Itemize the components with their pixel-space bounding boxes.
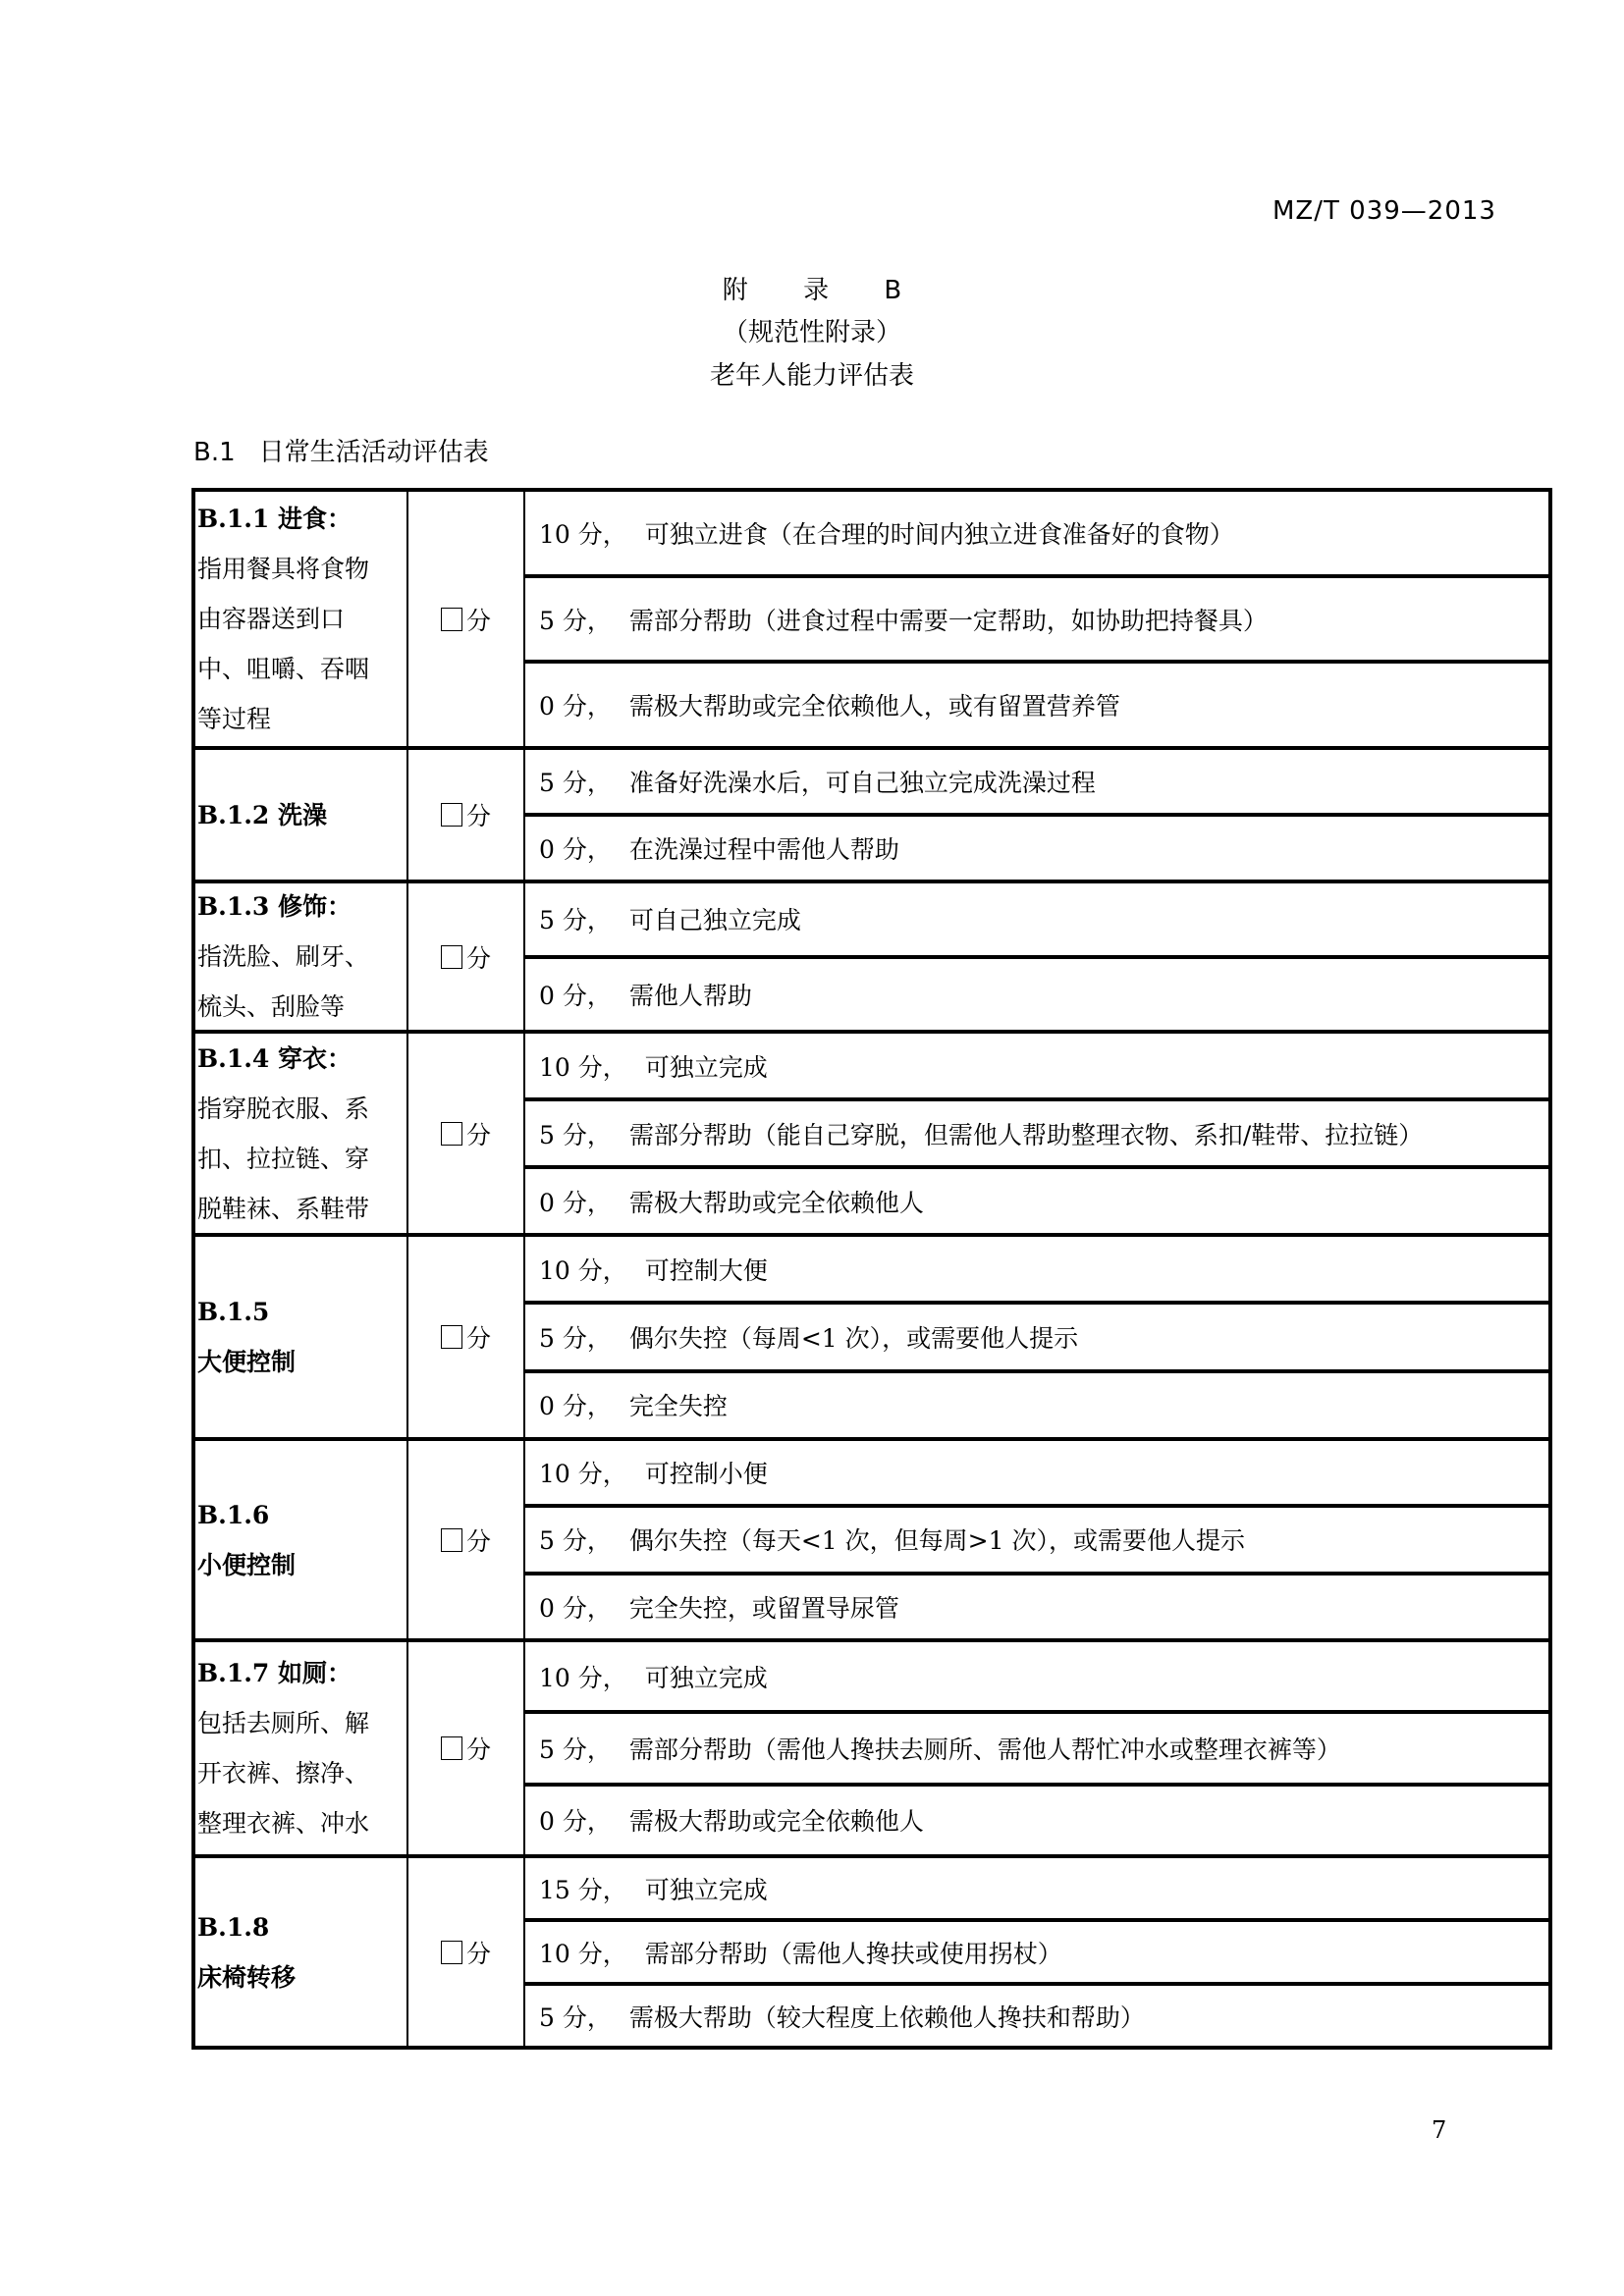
option-points: 5 分， xyxy=(539,602,612,637)
score-checkbox-icon[interactable] xyxy=(441,1325,462,1349)
item-description-line: 包括去厕所、解 xyxy=(197,1698,406,1748)
item-description-line: 小便控制 xyxy=(197,1540,406,1590)
score-option: 5 分，需部分帮助（能自己穿脱，但需他人帮助整理衣物、系扣/鞋带、拉拉链） xyxy=(525,1097,1548,1165)
standard-code: MZ/T 039—2013 xyxy=(1272,196,1496,226)
table-row-group: B.1.4 穿衣：指穿脱衣服、系扣、拉拉链、穿脱鞋袜、系鞋带分10 分，可独立完… xyxy=(195,1030,1548,1233)
score-option: 10 分，需部分帮助（需他人搀扶或使用拐杖） xyxy=(525,1918,1548,1982)
item-code: B.1.5 xyxy=(197,1287,406,1337)
score-checkbox-icon[interactable] xyxy=(441,803,462,827)
score-option: 5 分，准备好洗澡水后，可自己独立完成洗澡过程 xyxy=(525,750,1548,813)
item-description-line: 指穿脱衣服、系 xyxy=(197,1084,406,1134)
option-text: 可控制小便 xyxy=(645,1455,768,1490)
section-heading: B.1日常生活活动评估表 xyxy=(193,432,489,468)
option-text: 在洗澡过程中需他人帮助 xyxy=(629,830,899,866)
score-option: 0 分，在洗澡过程中需他人帮助 xyxy=(525,813,1548,880)
option-points: 5 分， xyxy=(539,1116,612,1151)
item-description-line: 梳头、刮脸等 xyxy=(197,982,406,1032)
item-code: B.1.6 xyxy=(197,1490,406,1540)
item-cell: B.1.1 进食：指用餐具将食物由容器送到口中、咀嚼、吞咽等过程 xyxy=(195,492,408,746)
options-cell: 10 分，可独立完成5 分，需部分帮助（能自己穿脱，但需他人帮助整理衣物、系扣/… xyxy=(525,1034,1548,1233)
item-code: B.1.4 穿衣： xyxy=(197,1034,406,1084)
option-text: 可独立进食（在合理的时间内独立进食准备好的食物） xyxy=(645,515,1234,551)
score-input-cell[interactable]: 分 xyxy=(408,1642,525,1854)
item-cell: B.1.5大便控制 xyxy=(195,1237,408,1437)
option-points: 0 分， xyxy=(539,1387,612,1422)
option-text: 完全失控 xyxy=(629,1387,728,1422)
option-text: 需部分帮助（进食过程中需要一定帮助，如协助把持餐具） xyxy=(629,602,1268,637)
option-points: 0 分， xyxy=(539,830,612,866)
option-points: 10 分， xyxy=(539,1455,627,1490)
score-unit: 分 xyxy=(466,1731,491,1766)
score-unit: 分 xyxy=(466,1116,491,1151)
options-cell: 10 分，可独立进食（在合理的时间内独立进食准备好的食物）5 分，需部分帮助（进… xyxy=(525,492,1548,746)
item-description-line: 大便控制 xyxy=(197,1337,406,1387)
table-row-group: B.1.5大便控制分10 分，可控制大便5 分，偶尔失控（每周<1 次），或需要… xyxy=(195,1233,1548,1437)
score-unit: 分 xyxy=(466,939,491,975)
score-option: 5 分，可自己独立完成 xyxy=(525,883,1548,955)
option-text: 需极大帮助或完全依赖他人 xyxy=(629,1184,924,1219)
options-cell: 10 分，可独立完成5 分，需部分帮助（需他人搀扶去厕所、需他人帮忙冲水或整理衣… xyxy=(525,1642,1548,1854)
score-option: 15 分，可独立完成 xyxy=(525,1858,1548,1918)
score-option: 0 分，需极大帮助或完全依赖他人 xyxy=(525,1165,1548,1233)
item-cell: B.1.8床椅转移 xyxy=(195,1858,408,2046)
option-points: 5 分， xyxy=(539,1731,612,1766)
options-cell: 5 分，可自己独立完成0 分，需他人帮助 xyxy=(525,883,1548,1030)
options-cell: 10 分，可控制小便5 分，偶尔失控（每天<1 次，但每周>1 次），或需要他人… xyxy=(525,1441,1548,1638)
table-row-group: B.1.7 如厕：包括去厕所、解开衣裤、擦净、整理衣裤、冲水分10 分，可独立完… xyxy=(195,1638,1548,1854)
score-option: 0 分，需极大帮助或完全依赖他人，或有留置营养管 xyxy=(525,660,1548,746)
score-checkbox-icon[interactable] xyxy=(441,1941,462,1964)
score-option: 10 分，可独立完成 xyxy=(525,1034,1548,1097)
item-cell: B.1.6小便控制 xyxy=(195,1441,408,1638)
option-points: 0 分， xyxy=(539,687,612,722)
option-text: 偶尔失控（每天<1 次，但每周>1 次），或需要他人提示 xyxy=(629,1522,1245,1557)
page-number: 7 xyxy=(1432,2116,1446,2144)
score-option: 0 分，需他人帮助 xyxy=(525,955,1548,1031)
score-checkbox-icon[interactable] xyxy=(441,608,462,631)
option-points: 10 分， xyxy=(539,1048,627,1084)
score-unit: 分 xyxy=(466,1935,491,1970)
score-option: 0 分，需极大帮助或完全依赖他人 xyxy=(525,1783,1548,1854)
table-row-group: B.1.1 进食：指用餐具将食物由容器送到口中、咀嚼、吞咽等过程分10 分，可独… xyxy=(195,492,1548,746)
option-points: 0 分， xyxy=(539,1184,612,1219)
option-points: 5 分， xyxy=(539,764,612,799)
score-unit: 分 xyxy=(466,797,491,832)
option-text: 需极大帮助或完全依赖他人 xyxy=(629,1802,924,1838)
score-option: 10 分，可控制大便 xyxy=(525,1237,1548,1301)
score-input-cell[interactable]: 分 xyxy=(408,1034,525,1233)
score-unit: 分 xyxy=(466,1522,491,1558)
option-text: 需极大帮助（较大程度上依赖他人搀扶和帮助） xyxy=(629,1999,1145,2034)
annex-name: 老年人能力评估表 xyxy=(0,355,1624,392)
option-points: 0 分， xyxy=(539,1589,612,1625)
option-text: 偶尔失控（每周<1 次），或需要他人提示 xyxy=(629,1319,1078,1355)
score-unit: 分 xyxy=(466,602,491,637)
score-option: 5 分，需极大帮助（较大程度上依赖他人搀扶和帮助） xyxy=(525,1982,1548,2046)
annex-title-part: 录 xyxy=(803,276,829,305)
score-input-cell[interactable]: 分 xyxy=(408,1237,525,1437)
annex-type: （规范性附录） xyxy=(0,312,1624,348)
option-points: 5 分， xyxy=(539,901,612,936)
item-cell: B.1.4 穿衣：指穿脱衣服、系扣、拉拉链、穿脱鞋袜、系鞋带 xyxy=(195,1034,408,1233)
annex-title: 附 录 B xyxy=(0,270,1624,306)
score-option: 10 分，可控制小便 xyxy=(525,1441,1548,1504)
score-option: 0 分，完全失控 xyxy=(525,1369,1548,1437)
item-description-line: 由容器送到口 xyxy=(197,594,406,644)
item-description-line: 指洗脸、刷牙、 xyxy=(197,932,406,982)
score-input-cell[interactable]: 分 xyxy=(408,1441,525,1638)
option-points: 5 分， xyxy=(539,1319,612,1355)
score-input-cell[interactable]: 分 xyxy=(408,883,525,1030)
score-option: 10 分，可独立进食（在合理的时间内独立进食准备好的食物） xyxy=(525,492,1548,574)
annex-title-part: B xyxy=(884,276,901,305)
table-row-group: B.1.6小便控制分10 分，可控制小便5 分，偶尔失控（每天<1 次，但每周>… xyxy=(195,1437,1548,1638)
score-option: 0 分，完全失控，或留置导尿管 xyxy=(525,1572,1548,1638)
score-unit: 分 xyxy=(466,1319,491,1355)
item-description-line: 开衣裤、擦净、 xyxy=(197,1748,406,1798)
score-input-cell[interactable]: 分 xyxy=(408,750,525,880)
options-cell: 15 分，可独立完成10 分，需部分帮助（需他人搀扶或使用拐杖）5 分，需极大帮… xyxy=(525,1858,1548,2046)
score-option: 5 分，偶尔失控（每天<1 次，但每周>1 次），或需要他人提示 xyxy=(525,1504,1548,1571)
option-text: 可独立完成 xyxy=(645,1048,768,1084)
item-description-line: 等过程 xyxy=(197,694,406,744)
item-description-line: 整理衣裤、冲水 xyxy=(197,1798,406,1848)
item-code: B.1.8 xyxy=(197,1902,406,1952)
item-cell: B.1.7 如厕：包括去厕所、解开衣裤、擦净、整理衣裤、冲水 xyxy=(195,1642,408,1854)
item-description-line: 指用餐具将食物 xyxy=(197,544,406,594)
option-points: 10 分， xyxy=(539,1935,627,1970)
score-input-cell[interactable]: 分 xyxy=(408,492,525,746)
item-code: B.1.2 洗澡 xyxy=(197,790,406,840)
section-title: 日常生活活动评估表 xyxy=(259,438,489,467)
score-option: 5 分，需部分帮助（需他人搀扶去厕所、需他人帮忙冲水或整理衣裤等） xyxy=(525,1710,1548,1782)
score-option: 5 分，需部分帮助（进食过程中需要一定帮助，如协助把持餐具） xyxy=(525,574,1548,661)
option-points: 10 分， xyxy=(539,515,627,551)
table-row-group: B.1.2 洗澡分5 分，准备好洗澡水后，可自己独立完成洗澡过程0 分，在洗澡过… xyxy=(195,746,1548,880)
score-checkbox-icon[interactable] xyxy=(441,1122,462,1146)
section-number: B.1 xyxy=(193,438,236,467)
item-code: B.1.1 进食： xyxy=(197,494,406,544)
item-cell: B.1.3 修饰：指洗脸、刷牙、梳头、刮脸等 xyxy=(195,883,408,1030)
option-text: 需部分帮助（需他人搀扶去厕所、需他人帮忙冲水或整理衣裤等） xyxy=(629,1731,1341,1766)
item-cell: B.1.2 洗澡 xyxy=(195,750,408,880)
score-input-cell[interactable]: 分 xyxy=(408,1858,525,2046)
table-row-group: B.1.8床椅转移分15 分，可独立完成10 分，需部分帮助（需他人搀扶或使用拐… xyxy=(195,1854,1548,2046)
option-text: 完全失控，或留置导尿管 xyxy=(629,1589,899,1625)
option-points: 15 分， xyxy=(539,1871,627,1906)
item-description-line: 扣、拉拉链、穿 xyxy=(197,1134,406,1184)
score-checkbox-icon[interactable] xyxy=(441,1528,462,1552)
score-option: 5 分，偶尔失控（每周<1 次），或需要他人提示 xyxy=(525,1301,1548,1368)
item-description-line: 脱鞋袜、系鞋带 xyxy=(197,1184,406,1234)
table-row-group: B.1.3 修饰：指洗脸、刷牙、梳头、刮脸等分5 分，可自己独立完成0 分，需他… xyxy=(195,880,1548,1030)
option-text: 准备好洗澡水后，可自己独立完成洗澡过程 xyxy=(629,764,1096,799)
score-checkbox-icon[interactable] xyxy=(441,945,462,969)
score-option: 10 分，可独立完成 xyxy=(525,1642,1548,1710)
option-points: 10 分， xyxy=(539,1659,627,1694)
options-cell: 10 分，可控制大便5 分，偶尔失控（每周<1 次），或需要他人提示0 分，完全… xyxy=(525,1237,1548,1437)
score-checkbox-icon[interactable] xyxy=(441,1736,462,1760)
option-text: 需他人帮助 xyxy=(629,977,752,1012)
option-points: 5 分， xyxy=(539,1522,612,1557)
option-text: 可独立完成 xyxy=(645,1659,768,1694)
item-description-line: 中、咀嚼、吞咽 xyxy=(197,644,406,694)
option-text: 可控制大便 xyxy=(645,1252,768,1287)
item-code: B.1.3 修饰： xyxy=(197,881,406,932)
option-points: 0 分， xyxy=(539,1802,612,1838)
option-text: 可自己独立完成 xyxy=(629,901,801,936)
option-text: 需部分帮助（能自己穿脱，但需他人帮助整理衣物、系扣/鞋带、拉拉链） xyxy=(629,1116,1423,1151)
item-code: B.1.7 如厕： xyxy=(197,1648,406,1698)
option-points: 5 分， xyxy=(539,1999,612,2034)
option-text: 可独立完成 xyxy=(645,1871,768,1906)
options-cell: 5 分，准备好洗澡水后，可自己独立完成洗澡过程0 分，在洗澡过程中需他人帮助 xyxy=(525,750,1548,880)
item-description-line: 床椅转移 xyxy=(197,1952,406,2002)
option-text: 需部分帮助（需他人搀扶或使用拐杖） xyxy=(645,1935,1062,1970)
annex-title-part: 附 xyxy=(723,276,748,305)
option-points: 0 分， xyxy=(539,977,612,1012)
adl-assessment-table: B.1.1 进食：指用餐具将食物由容器送到口中、咀嚼、吞咽等过程分10 分，可独… xyxy=(191,488,1552,2050)
option-text: 需极大帮助或完全依赖他人，或有留置营养管 xyxy=(629,687,1120,722)
option-points: 10 分， xyxy=(539,1252,627,1287)
